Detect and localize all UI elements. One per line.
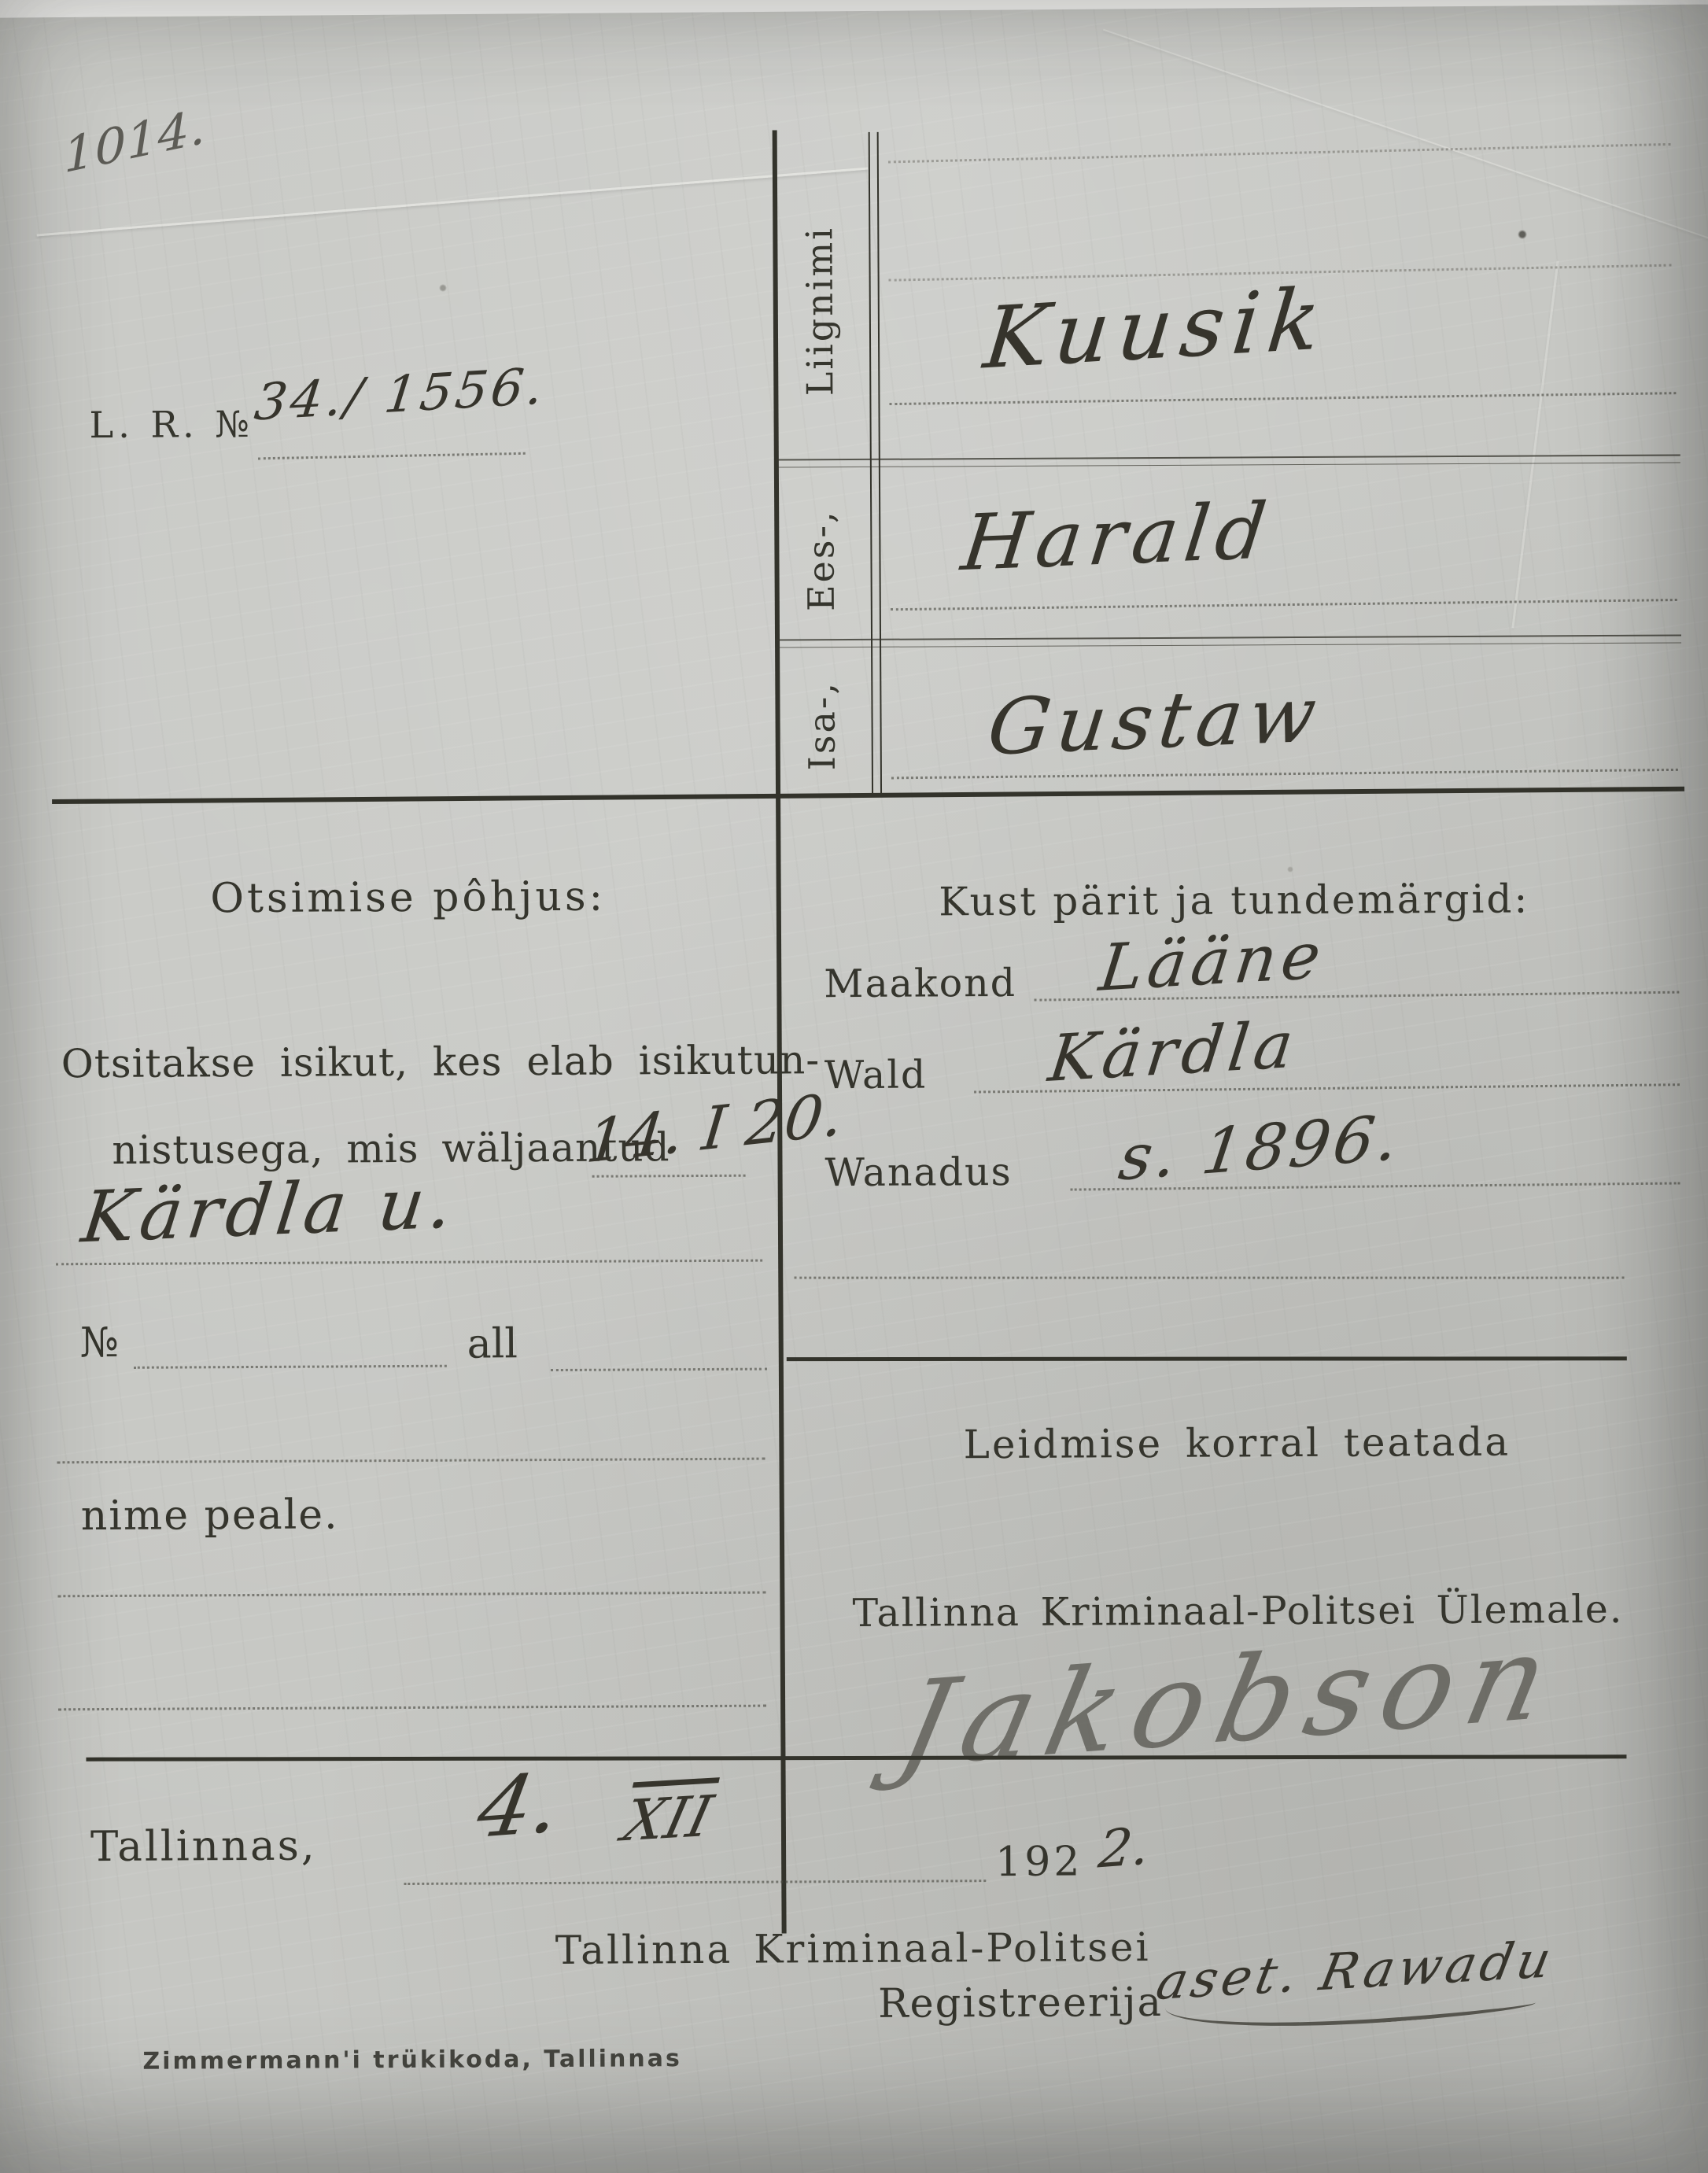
dotted-line xyxy=(888,143,1671,164)
section-divider-double-line xyxy=(777,634,1681,647)
reference-number-handwritten: 34./ 1556. xyxy=(252,357,549,432)
vertical-rule-main xyxy=(773,130,787,1933)
age-value-handwritten: s. 1896. xyxy=(1115,1101,1406,1194)
registrar-role: Registreerija xyxy=(878,1979,1163,2027)
father-name-value-handwritten: Gustaw xyxy=(983,670,1327,773)
left-column-heading: Otsimise pôhjus: xyxy=(54,873,762,924)
dotted-line xyxy=(57,1592,765,1598)
horizontal-rule-main xyxy=(52,787,1684,804)
age-label: Wanadus xyxy=(824,1149,1012,1195)
dotted-line xyxy=(134,1365,447,1369)
notify-line: Leidmise korral teatada xyxy=(796,1419,1677,1469)
year-printed: 192 xyxy=(995,1838,1083,1886)
search-clause-line1: Otsitakse isikut, kes elab isikutun- xyxy=(61,1037,821,1086)
issue-date-handwritten: 14. I 20. xyxy=(583,1079,846,1177)
county-value-handwritten: Lääne xyxy=(1095,918,1329,1005)
place-label: Tallinnas, xyxy=(90,1822,317,1872)
pencil-case-number: 1014. xyxy=(62,98,206,184)
dotted-line xyxy=(891,599,1677,611)
chief-signature-pencil: Jakobson xyxy=(888,1609,1572,1794)
dotted-line xyxy=(258,452,526,460)
dotted-line xyxy=(57,1458,765,1464)
all-word: all xyxy=(467,1320,518,1367)
field-label-firstname: Ees-, xyxy=(797,481,845,639)
dotted-line xyxy=(551,1368,767,1371)
name-clause: nime peale. xyxy=(81,1491,339,1540)
dotted-line xyxy=(889,392,1676,405)
printer-imprint: Zimmermann'i trükikoda, Tallinnas xyxy=(142,2045,682,2075)
issue-place-handwritten: Kärdla u. xyxy=(77,1161,461,1259)
number-symbol: № xyxy=(80,1319,120,1367)
footer-day-handwritten: 4. xyxy=(470,1755,567,1857)
dotted-line xyxy=(56,1260,762,1266)
parish-value-handwritten: Kärdla xyxy=(1045,1008,1302,1097)
year-digit-handwritten: 2. xyxy=(1096,1816,1152,1880)
field-label-father: Isa-, xyxy=(798,647,846,804)
reference-label: L. R. № xyxy=(89,403,253,446)
horizontal-rule-footer xyxy=(86,1754,1626,1761)
right-column-heading: Kust pärit ja tundemärgid: xyxy=(794,876,1675,926)
horizontal-rule-right xyxy=(787,1356,1627,1361)
dotted-line xyxy=(592,1175,746,1178)
county-label: Maakond xyxy=(824,961,1016,1006)
firstname-value-handwritten: Harald xyxy=(957,486,1278,588)
parish-label: Wald xyxy=(824,1053,928,1098)
dotted-line xyxy=(794,1277,1624,1279)
surname-value-handwritten: Kuusik xyxy=(979,271,1332,389)
field-label-surname: Liignimi xyxy=(795,177,844,445)
section-divider-double-line xyxy=(776,454,1680,467)
scanned-document: 1014. L. R. № 34./ 1556. Liignimi Ees-, … xyxy=(0,0,1708,2173)
footer-month-handwritten: XII xyxy=(618,1783,719,1854)
org-name: Tallinna Kriminaal-Politsei xyxy=(555,1924,1151,1973)
dotted-line xyxy=(404,1880,986,1885)
dotted-line xyxy=(58,1705,766,1711)
